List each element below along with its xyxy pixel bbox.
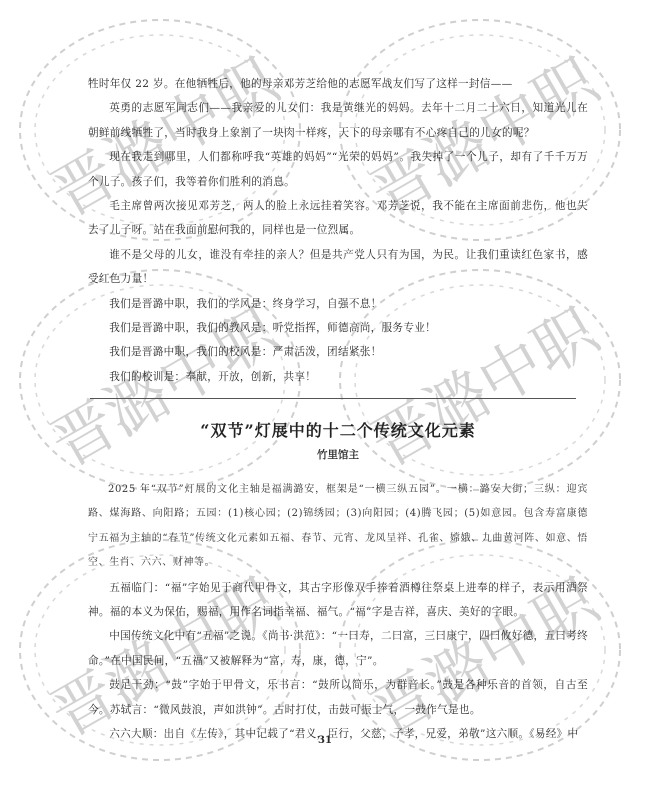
paragraph: 鼓足干劲：“鼓”字始于甲骨文，乐书言：“鼓所以简乐，为群音长。”鼓是各种乐音的首… (88, 673, 588, 722)
school-motto-line: 我们是晋潞中职，我们的校风是：严肃活泼，团结紧张！ (88, 340, 588, 364)
article-intro: 2025 年“双节”灯展的文化主轴是福满潞安，框架是“一横三纵五园”。一横：潞安… (88, 478, 588, 576)
paragraph: 谁不是父母的儿女，谁没有牵挂的亲人？但是共产党人只有为国，为民。让我们重读红色家… (88, 243, 588, 292)
article-title: “双节”灯展中的十二个传统文化元素 (88, 418, 588, 441)
paragraph: 牲时年仅 22 岁。在他牺牲后，他的母亲邓芳芝给他的志愿军战友们写了这样一封信—… (88, 72, 588, 96)
paragraph: 现在我走到哪里，人们都称呼我“英雄的妈妈”“光荣的妈妈”。我失掉了一个儿子，却有… (88, 145, 588, 194)
section-divider (90, 398, 576, 399)
school-motto-line: 我们的校训是：奉献，开放，创新，共享！ (88, 365, 588, 389)
article-body: 2025 年“双节”灯展的文化主轴是福满潞安，框架是“一横三纵五园”。一横：潞安… (88, 478, 588, 746)
paragraph: 毛主席曾两次接见邓芳芝，两人的脸上永远挂着笑容。邓芳芝说，我不能在主席面前悲伤，… (88, 194, 588, 243)
page-number: 31 (0, 735, 650, 746)
article-author: 竹里馆主 (88, 447, 588, 462)
school-motto-line: 我们是晋潞中职，我们的教风是：听党指挥，师德高尚，服务专业！ (88, 316, 588, 340)
paragraph: 英勇的志愿军同志们——我亲爱的儿女们：我是黄继光的妈妈。去年十二月二十六日，知道… (88, 96, 588, 145)
school-motto-line: 我们是晋潞中职，我们的学风是：终身学习，自强不息！ (88, 292, 588, 316)
letter-section: 牲时年仅 22 岁。在他牺牲后，他的母亲邓芳芝给他的志愿军战友们写了这样一封信—… (88, 72, 588, 389)
paragraph: 五福临门：“福”字始见于商代甲骨文，其古字形像双手捧着酒樽往祭桌上进奉的样子，表… (88, 576, 588, 625)
paragraph: 中国传统文化中有“五福”之说。《尚书·洪范》：“一曰寿，二曰富，三曰康宁，四曰攸… (88, 624, 588, 673)
